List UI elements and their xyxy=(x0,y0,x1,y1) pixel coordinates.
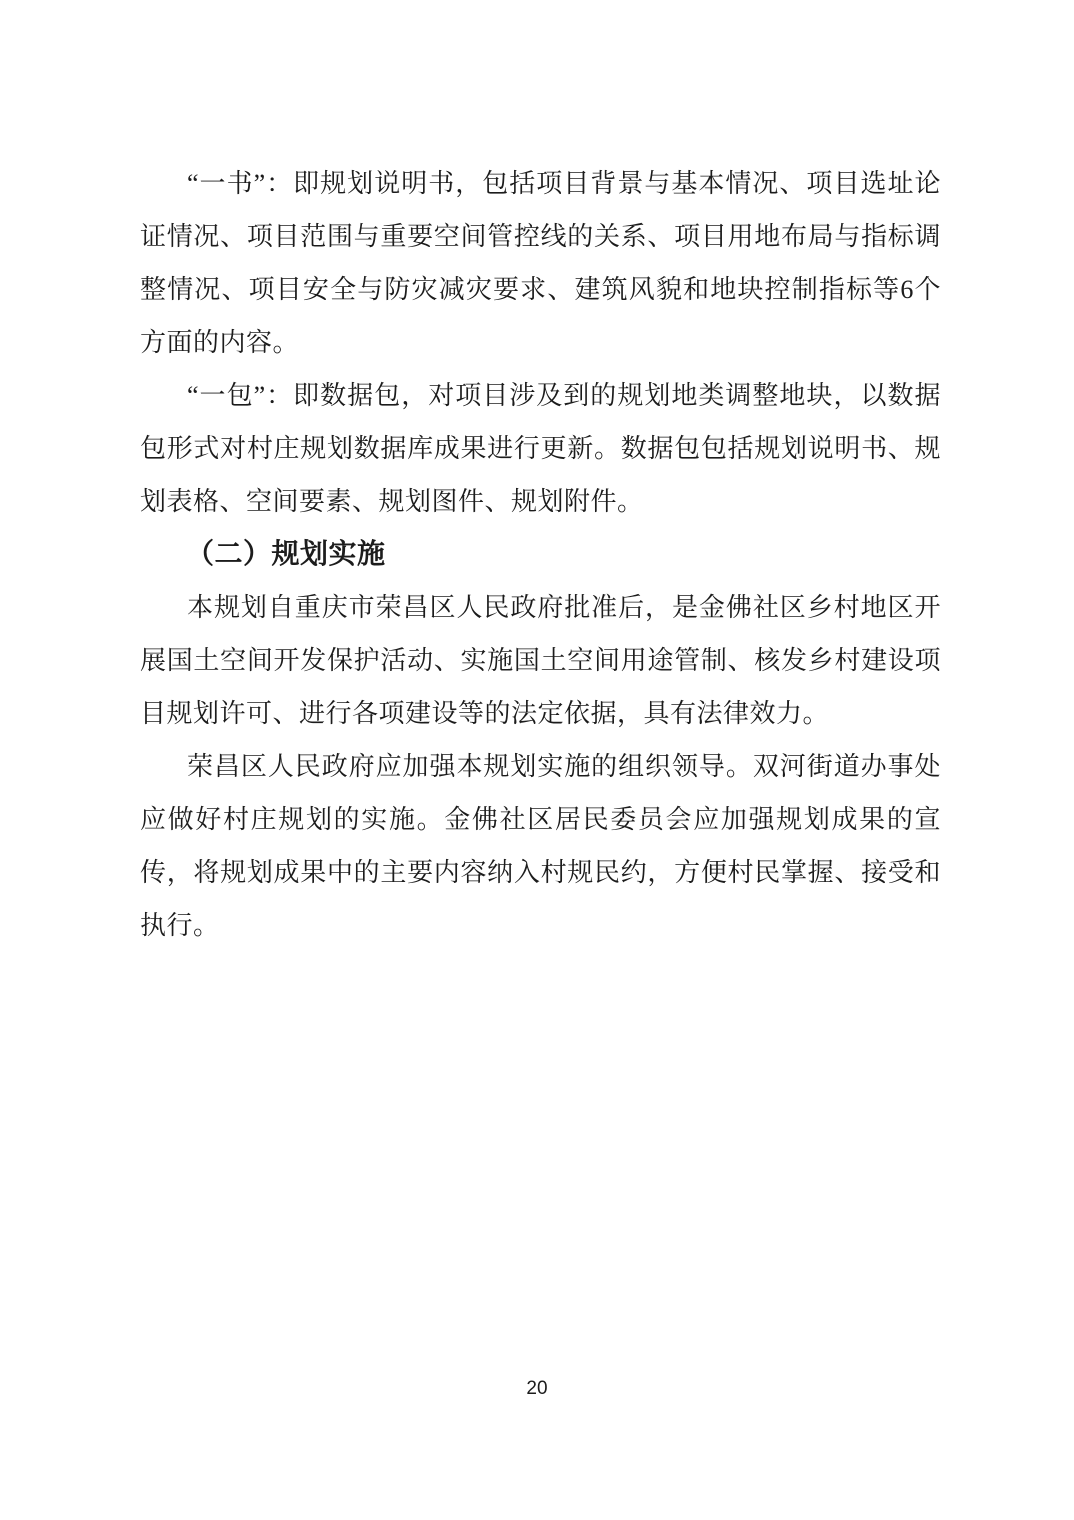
paragraph-implementation-leadership: 荣昌区人民政府应加强本规划实施的组织领导。双河街道办事处应做好村庄规划的实施。金… xyxy=(140,740,941,952)
document-page: “一书”：即规划说明书，包括项目背景与基本情况、项目选址论证情况、项目范围与重要… xyxy=(0,0,1074,1520)
paragraph-plan-legal-basis: 本规划自重庆市荣昌区人民政府批准后，是金佛社区乡村地区开展国土空间开发保护活动、… xyxy=(140,581,941,740)
section-heading-plan-implementation: （二）规划实施 xyxy=(140,528,941,581)
page-body: “一书”：即规划说明书，包括项目背景与基本情况、项目选址论证情况、项目范围与重要… xyxy=(140,157,941,952)
paragraph-one-package: “一包”：即数据包，对项目涉及到的规划地类调整地块，以数据包形式对村庄规划数据库… xyxy=(140,369,941,528)
page-number: 20 xyxy=(0,1378,1074,1400)
paragraph-one-book: “一书”：即规划说明书，包括项目背景与基本情况、项目选址论证情况、项目范围与重要… xyxy=(140,157,941,369)
